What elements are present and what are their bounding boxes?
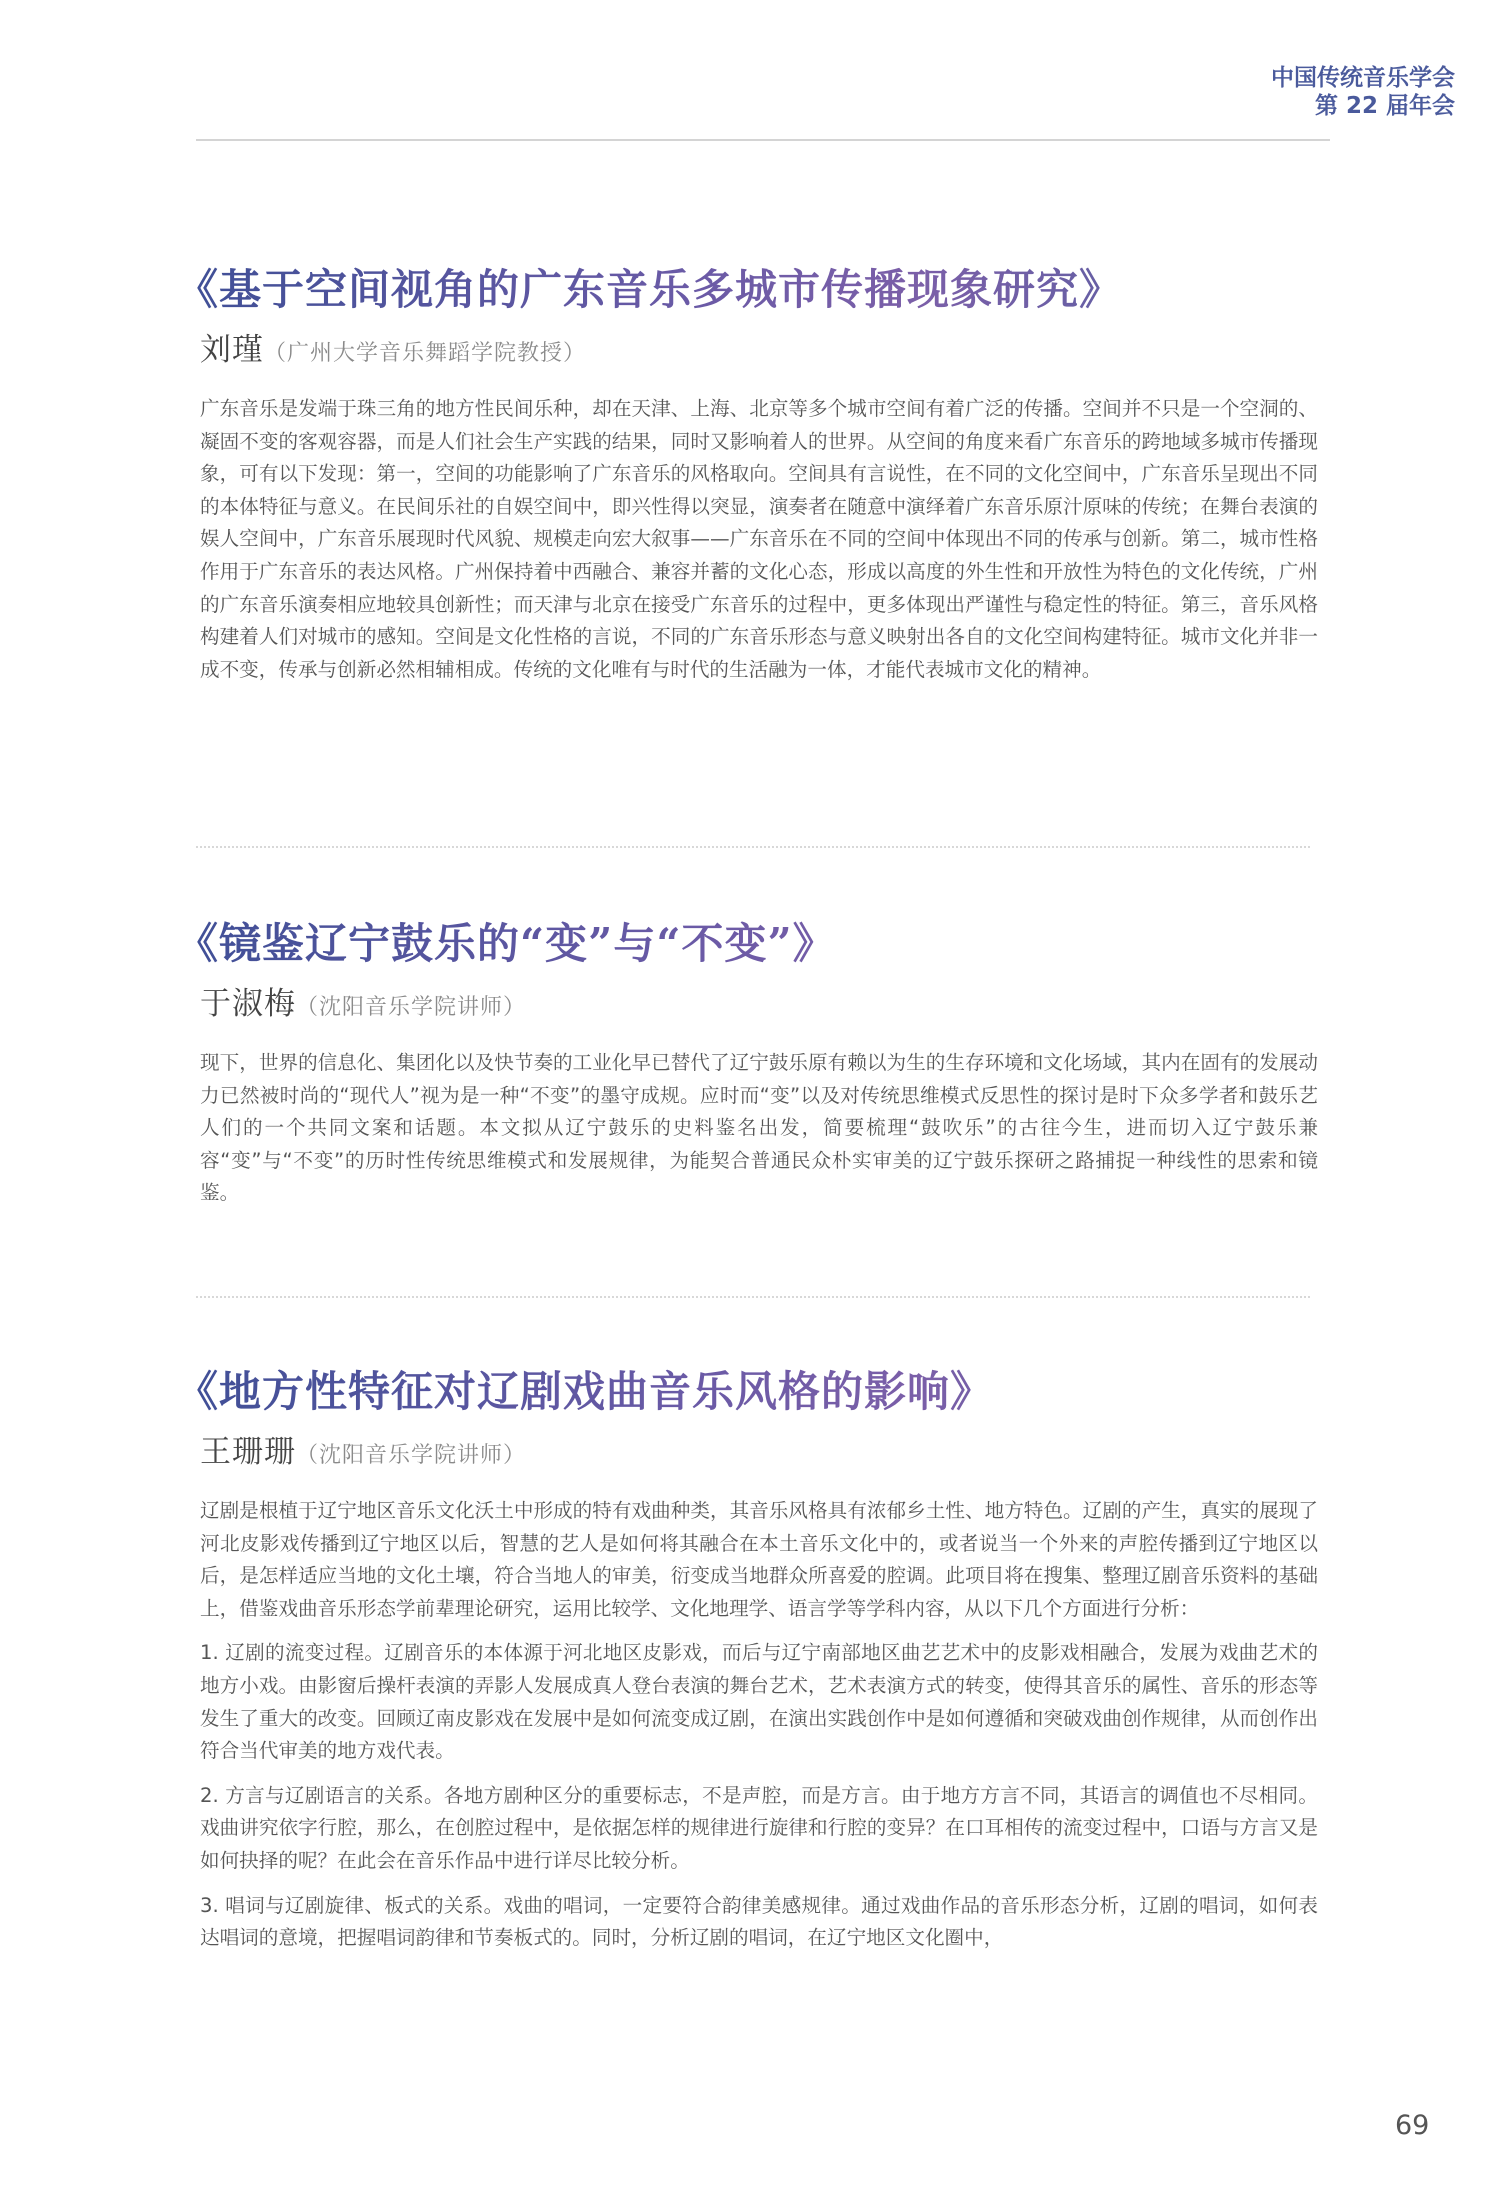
conference-header: 中国传统音乐学会 第 22 届年会 <box>1271 64 1455 120</box>
abstract-paragraph: 辽剧是根植于辽宁地区音乐文化沃土中形成的特有戏曲种类，其音乐风格具有浓郁乡土性、… <box>200 1495 1318 1625</box>
abstract-paragraph-point-1: 1. 辽剧的流变过程。辽剧音乐的本体源于河北地区皮影戏，而后与辽宁南部地区曲艺艺… <box>200 1637 1318 1767</box>
header-divider <box>196 139 1330 141</box>
author-affiliation: （广州大学音乐舞蹈学院教授） <box>264 341 586 366</box>
abstract-section-2: 《镜鉴辽宁鼓乐的“变”与“不变”》 于淑梅（沈阳音乐学院讲师） 现下，世界的信息… <box>180 916 1320 1222</box>
author-name: 王珊珊 <box>200 1434 296 1470</box>
abstract-body: 广东音乐是发端于珠三角的地方性民间乐种，却在天津、上海、北京等多个城市空间有着广… <box>200 393 1318 686</box>
author-line: 于淑梅（沈阳音乐学院讲师） <box>200 978 1320 1023</box>
abstract-title: 《镜鉴辽宁鼓乐的“变”与“不变”》 <box>176 916 1320 972</box>
page-number: 69 <box>1395 2110 1429 2141</box>
abstract-paragraph-point-3: 3. 唱词与辽剧旋律、板式的关系。戏曲的唱词，一定要符合韵律美感规律。通过戏曲作… <box>200 1890 1318 1955</box>
abstract-section-3: 《地方性特征对辽剧戏曲音乐风格的影响》 王珊珊（沈阳音乐学院讲师） 辽剧是根植于… <box>180 1364 1320 1967</box>
author-affiliation: （沈阳音乐学院讲师） <box>296 995 526 1020</box>
section-divider <box>196 1296 1310 1298</box>
conference-session: 第 22 届年会 <box>1271 92 1455 120</box>
section-divider <box>196 846 1310 848</box>
author-name: 于淑梅 <box>200 986 296 1022</box>
abstract-body: 辽剧是根植于辽宁地区音乐文化沃土中形成的特有戏曲种类，其音乐风格具有浓郁乡土性、… <box>200 1495 1318 1955</box>
abstract-paragraph-point-2: 2. 方言与辽剧语言的关系。各地方剧种区分的重要标志，不是声腔，而是方言。由于地… <box>200 1780 1318 1878</box>
abstract-title: 《地方性特征对辽剧戏曲音乐风格的影响》 <box>176 1364 1320 1420</box>
author-line: 王珊珊（沈阳音乐学院讲师） <box>200 1426 1320 1471</box>
abstract-paragraph: 现下，世界的信息化、集团化以及快节奏的工业化早已替代了辽宁鼓乐原有赖以为生的生存… <box>200 1047 1318 1210</box>
author-affiliation: （沈阳音乐学院讲师） <box>296 1443 526 1468</box>
conference-name: 中国传统音乐学会 <box>1271 64 1455 92</box>
abstract-paragraph: 广东音乐是发端于珠三角的地方性民间乐种，却在天津、上海、北京等多个城市空间有着广… <box>200 393 1318 686</box>
abstract-body: 现下，世界的信息化、集团化以及快节奏的工业化早已替代了辽宁鼓乐原有赖以为生的生存… <box>200 1047 1318 1210</box>
abstract-title: 《基于空间视角的广东音乐多城市传播现象研究》 <box>176 262 1320 318</box>
abstract-section-1: 《基于空间视角的广东音乐多城市传播现象研究》 刘瑾（广州大学音乐舞蹈学院教授） … <box>180 262 1320 698</box>
author-line: 刘瑾（广州大学音乐舞蹈学院教授） <box>200 324 1320 369</box>
author-name: 刘瑾 <box>200 332 264 368</box>
